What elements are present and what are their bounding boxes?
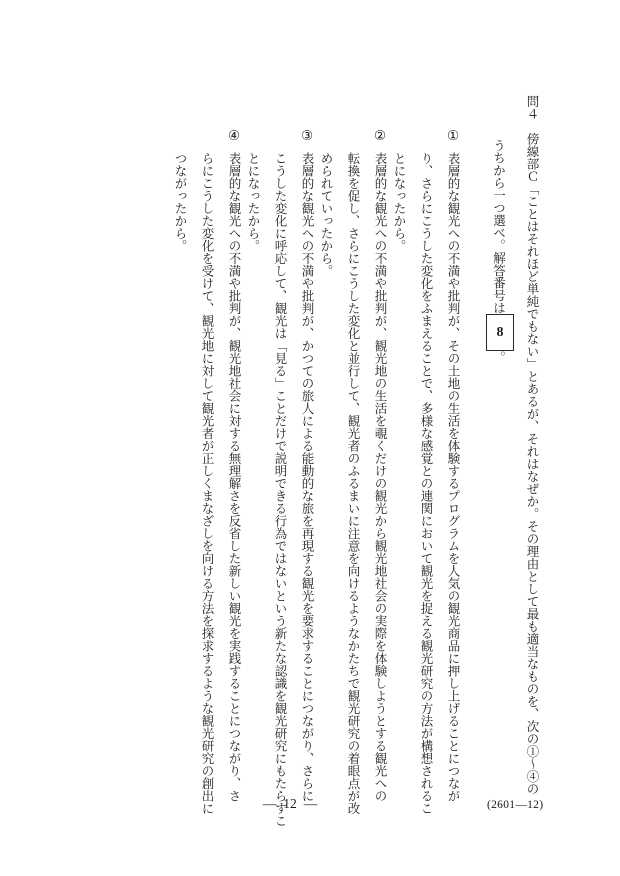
page-number-dash-left: — <box>263 796 277 812</box>
question-stem-line-2: うちから一つ選べ。解答番号は8。 <box>481 95 516 835</box>
choice-2-line-1: ②表層的な観光への不満や批判が、観光地の生活を覗くだけの観光から観光地社会の実際… <box>366 128 394 848</box>
choice-4-line-1-text: 表層的な観光への不満や批判が、観光地社会に対する無理解さを反省した新しい観光を実… <box>227 152 241 802</box>
choice-3-line-1: ③表層的な観光への不満や批判が、かつての旅人による能動的な旅を再現する観光を要求… <box>293 128 321 848</box>
choice-3-line-1-text: 表層的な観光への不満や批判が、かつての旅人による能動的な旅を再現する観光を要求す… <box>300 152 314 802</box>
choice-4-line-1: ④表層的な観光への不満や批判が、観光地社会に対する無理解さを反省した新しい観光を… <box>220 128 248 848</box>
choice-3-marker: ③ <box>300 128 315 144</box>
answer-number-box: 8 <box>486 314 514 351</box>
exam-scan-page: 問４ 傍線部Ｃ「ことはそれほど単純でもない」とあるが、それはなぜか。その理由とし… <box>0 0 620 876</box>
page-number: — 12 — <box>225 796 355 812</box>
choice-1-marker: ① <box>446 128 461 144</box>
choice-1: ①表層的な観光への不満や批判が、その土地の生活を体験するプログラムを人気の観光商… <box>385 128 467 848</box>
question-stem-line-2-text: うちから一つ選べ。解答番号は <box>492 139 506 314</box>
print-code: (2601—12) <box>487 799 543 811</box>
choice-2: ②表層的な観光への不満や批判が、観光地の生活を覗くだけの観光から観光地社会の実際… <box>312 128 394 848</box>
choice-2-line-1-text: 表層的な観光への不満や批判が、観光地の生活を覗くだけの観光から観光地社会の実際を… <box>373 152 387 802</box>
answer-number-suffix: 。 <box>492 351 506 364</box>
choice-4-line-2: らにこうした変化を受けて、観光地に対して観光者が正しくまなざしを向ける方法を探求… <box>193 128 220 848</box>
choice-3-line-2: こうした変化に呼応して、観光は「見る」ことだけで説明できる行為ではないという新た… <box>266 128 293 848</box>
choice-2-line-2: 転換を促し、さらにこうした変化と並行して、観光者のふるまいに注意を向けるようなか… <box>339 128 366 848</box>
choice-2-marker: ② <box>373 128 388 144</box>
choice-4-marker: ④ <box>227 128 242 144</box>
choice-1-line-1-text: 表層的な観光への不満や批判が、その土地の生活を体験するプログラムを人気の観光商品… <box>446 152 460 802</box>
choice-4: ④表層的な観光への不満や批判が、観光地社会に対する無理解さを反省した新しい観光を… <box>166 128 248 848</box>
choice-4-line-3: つながったから。 <box>166 128 193 848</box>
question-4-block: 問４ 傍線部Ｃ「ことはそれほど単純でもない」とあるが、それはなぜか。その理由とし… <box>481 95 547 835</box>
page-number-value: 12 <box>283 796 297 812</box>
choice-1-line-2: り、さらにこうした変化をふまえることで、多様な感覚との連関において観光を捉える観… <box>412 128 439 848</box>
choice-1-line-1: ①表層的な観光への不満や批判が、その土地の生活を体験するプログラムを人気の観光商… <box>439 128 467 848</box>
question-stem-line-1: 問４ 傍線部Ｃ「ことはそれほど単純でもない」とあるが、それはなぜか。その理由とし… <box>516 95 547 835</box>
page-number-dash-right: — <box>304 796 318 812</box>
choice-3: ③表層的な観光への不満や批判が、かつての旅人による能動的な旅を再現する観光を要求… <box>239 128 321 848</box>
